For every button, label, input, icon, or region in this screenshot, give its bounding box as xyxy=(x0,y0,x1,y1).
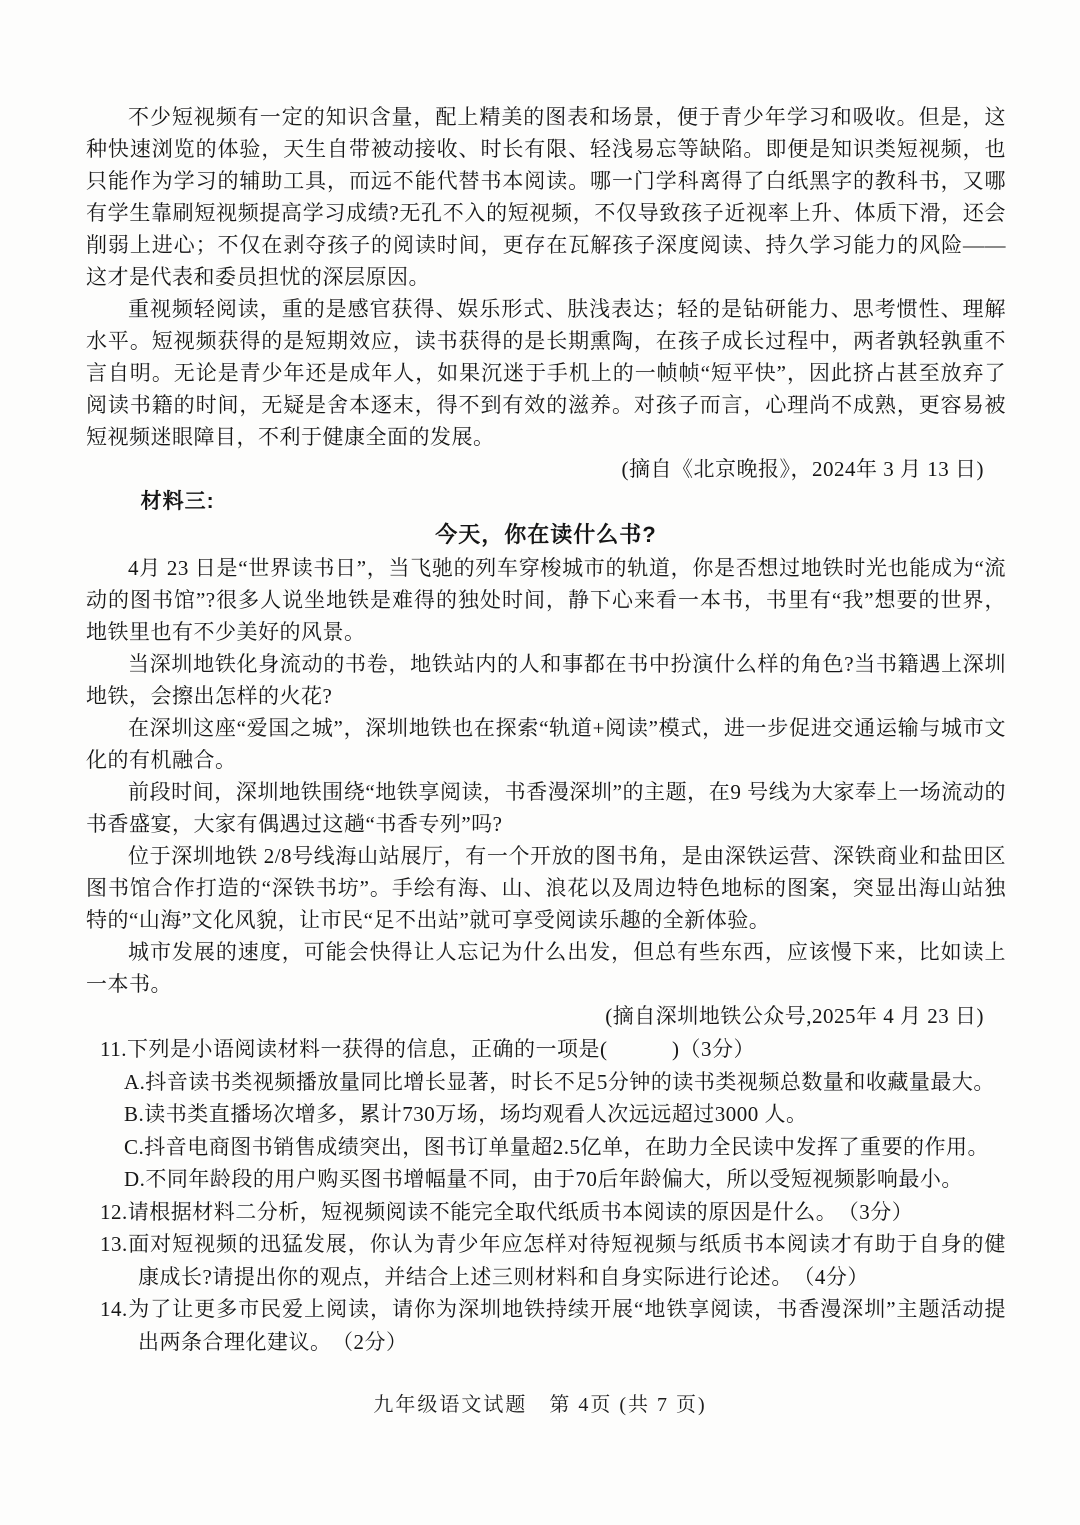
question-14-number: 14. xyxy=(100,1297,128,1321)
question-11-option-a: A.抖音读书类视频播放量同比增长显著，时长不足5分钟的读书类视频总数量和收藏量最… xyxy=(86,1066,1006,1099)
material3-paragraph-4: 前段时间，深圳地铁围绕“地铁享阅读，书香漫深圳”的主题，在9 号线为大家奉上一场… xyxy=(86,776,1006,840)
material2-paragraph-1: 不少短视频有一定的知识含量，配上精美的图表和场景，便于青少年学习和吸收。但是，这… xyxy=(86,101,1006,293)
material3-paragraph-1: 4月 23 日是“世界读书日”，当飞驰的列车穿梭城市的轨道，你是否想过地铁时光也… xyxy=(86,552,1006,648)
material3-label: 材料三: xyxy=(86,485,1006,518)
question-11-number: 11. xyxy=(100,1037,127,1061)
question-13: 13.面对短视频的迅猛发展，你认为青少年应怎样对待短视频与纸质书本阅读才有助于自… xyxy=(100,1228,1006,1293)
question-11-option-b: B.读书类直播场次增多，累计730万场，场均观看人次远远超过3000 人。 xyxy=(86,1098,1006,1131)
question-14: 14.为了让更多市民爱上阅读，请你为深圳地铁持续开展“地铁享阅读，书香漫深圳”主… xyxy=(100,1293,1006,1358)
question-12-number: 12. xyxy=(100,1200,128,1224)
questions-section: 11.下列是小语阅读材料一获得的信息，正确的一项是( )（3分） A.抖音读书类… xyxy=(86,1033,1006,1358)
material3-title: 今天，你在读什么书? xyxy=(86,518,1006,552)
page-footer: 九年级语文试题 第 4页 (共 7 页) xyxy=(0,1388,1080,1417)
page-content: 不少短视频有一定的知识含量，配上精美的图表和场景，便于青少年学习和吸收。但是，这… xyxy=(86,101,1006,1358)
question-11: 11.下列是小语阅读材料一获得的信息，正确的一项是( )（3分） xyxy=(100,1033,1006,1066)
question-11-text: 下列是小语阅读材料一获得的信息，正确的一项是( )（3分） xyxy=(127,1037,755,1061)
material3-paragraph-5: 位于深圳地铁 2/8号线海山站展厅，有一个开放的图书角，是由深铁运营、深铁商业和… xyxy=(86,840,1006,936)
exam-paper-page: 不少短视频有一定的知识含量，配上精美的图表和场景，便于青少年学习和吸收。但是，这… xyxy=(0,0,1080,1525)
question-14-text: 为了让更多市民爱上阅读，请你为深圳地铁持续开展“地铁享阅读，书香漫深圳”主题活动… xyxy=(128,1297,1006,1354)
material3-paragraph-2: 当深圳地铁化身流动的书卷，地铁站内的人和事都在书中扮演什么样的角色?当书籍遇上深… xyxy=(86,648,1006,712)
question-12: 12.请根据材料二分析，短视频阅读不能完全取代纸质书本阅读的原因是什么。 （3分… xyxy=(100,1196,1006,1229)
material2-paragraph-2: 重视频轻阅读，重的是感官获得、娱乐形式、肤浅表达；轻的是钻研能力、思考惯性、理解… xyxy=(86,293,1006,453)
material2-source-citation: (摘自《北京晚报》，2024年 3 月 13 日) xyxy=(86,453,1006,485)
question-13-text: 面对短视频的迅猛发展，你认为青少年应怎样对待短视频与纸质书本阅读才有助于自身的健… xyxy=(128,1232,1006,1289)
question-12-text: 请根据材料二分析，短视频阅读不能完全取代纸质书本阅读的原因是什么。 （3分） xyxy=(128,1200,914,1224)
material3-paragraph-3: 在深圳这座“爱国之城”，深圳地铁也在探索“轨道+阅读”模式，进一步促进交通运输与… xyxy=(86,712,1006,776)
question-13-number: 13. xyxy=(100,1232,128,1256)
question-11-option-d: D.不同年龄段的用户购买图书增幅量不同，由于70后年龄偏大，所以受短视频影响最小… xyxy=(86,1163,1006,1196)
question-11-option-c: C.抖音电商图书销售成绩突出，图书订单量超2.5亿单，在助力全民读中发挥了重要的… xyxy=(86,1131,1006,1164)
material3-source-citation: (摘自深圳地铁公众号,2025年 4 月 23 日) xyxy=(86,1000,1006,1032)
material3-paragraph-6: 城市发展的速度，可能会快得让人忘记为什么出发，但总有些东西，应该慢下来，比如读上… xyxy=(86,936,1006,1000)
